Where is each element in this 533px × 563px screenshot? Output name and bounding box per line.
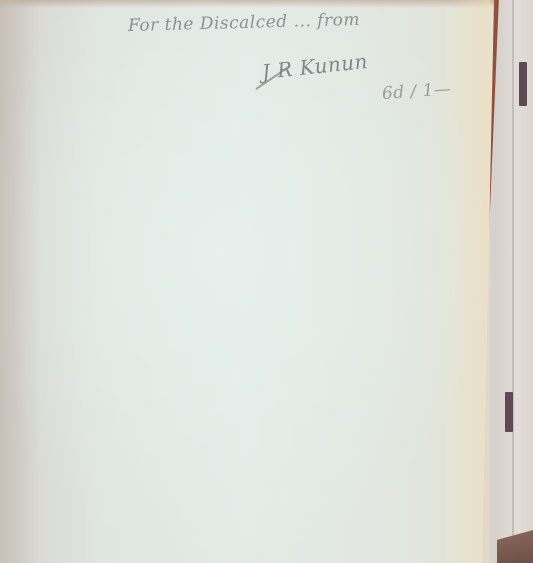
door-edge [512,0,514,563]
page-left-shadow [0,0,40,563]
page-top-shadow [0,0,494,8]
door-hinge-bottom [505,392,513,432]
door-hinge-top [519,62,527,106]
background-door [495,0,533,563]
photo-scene: For the Discalced ... from J R Kunun 6d … [0,0,533,563]
page-right-tint [450,0,490,563]
